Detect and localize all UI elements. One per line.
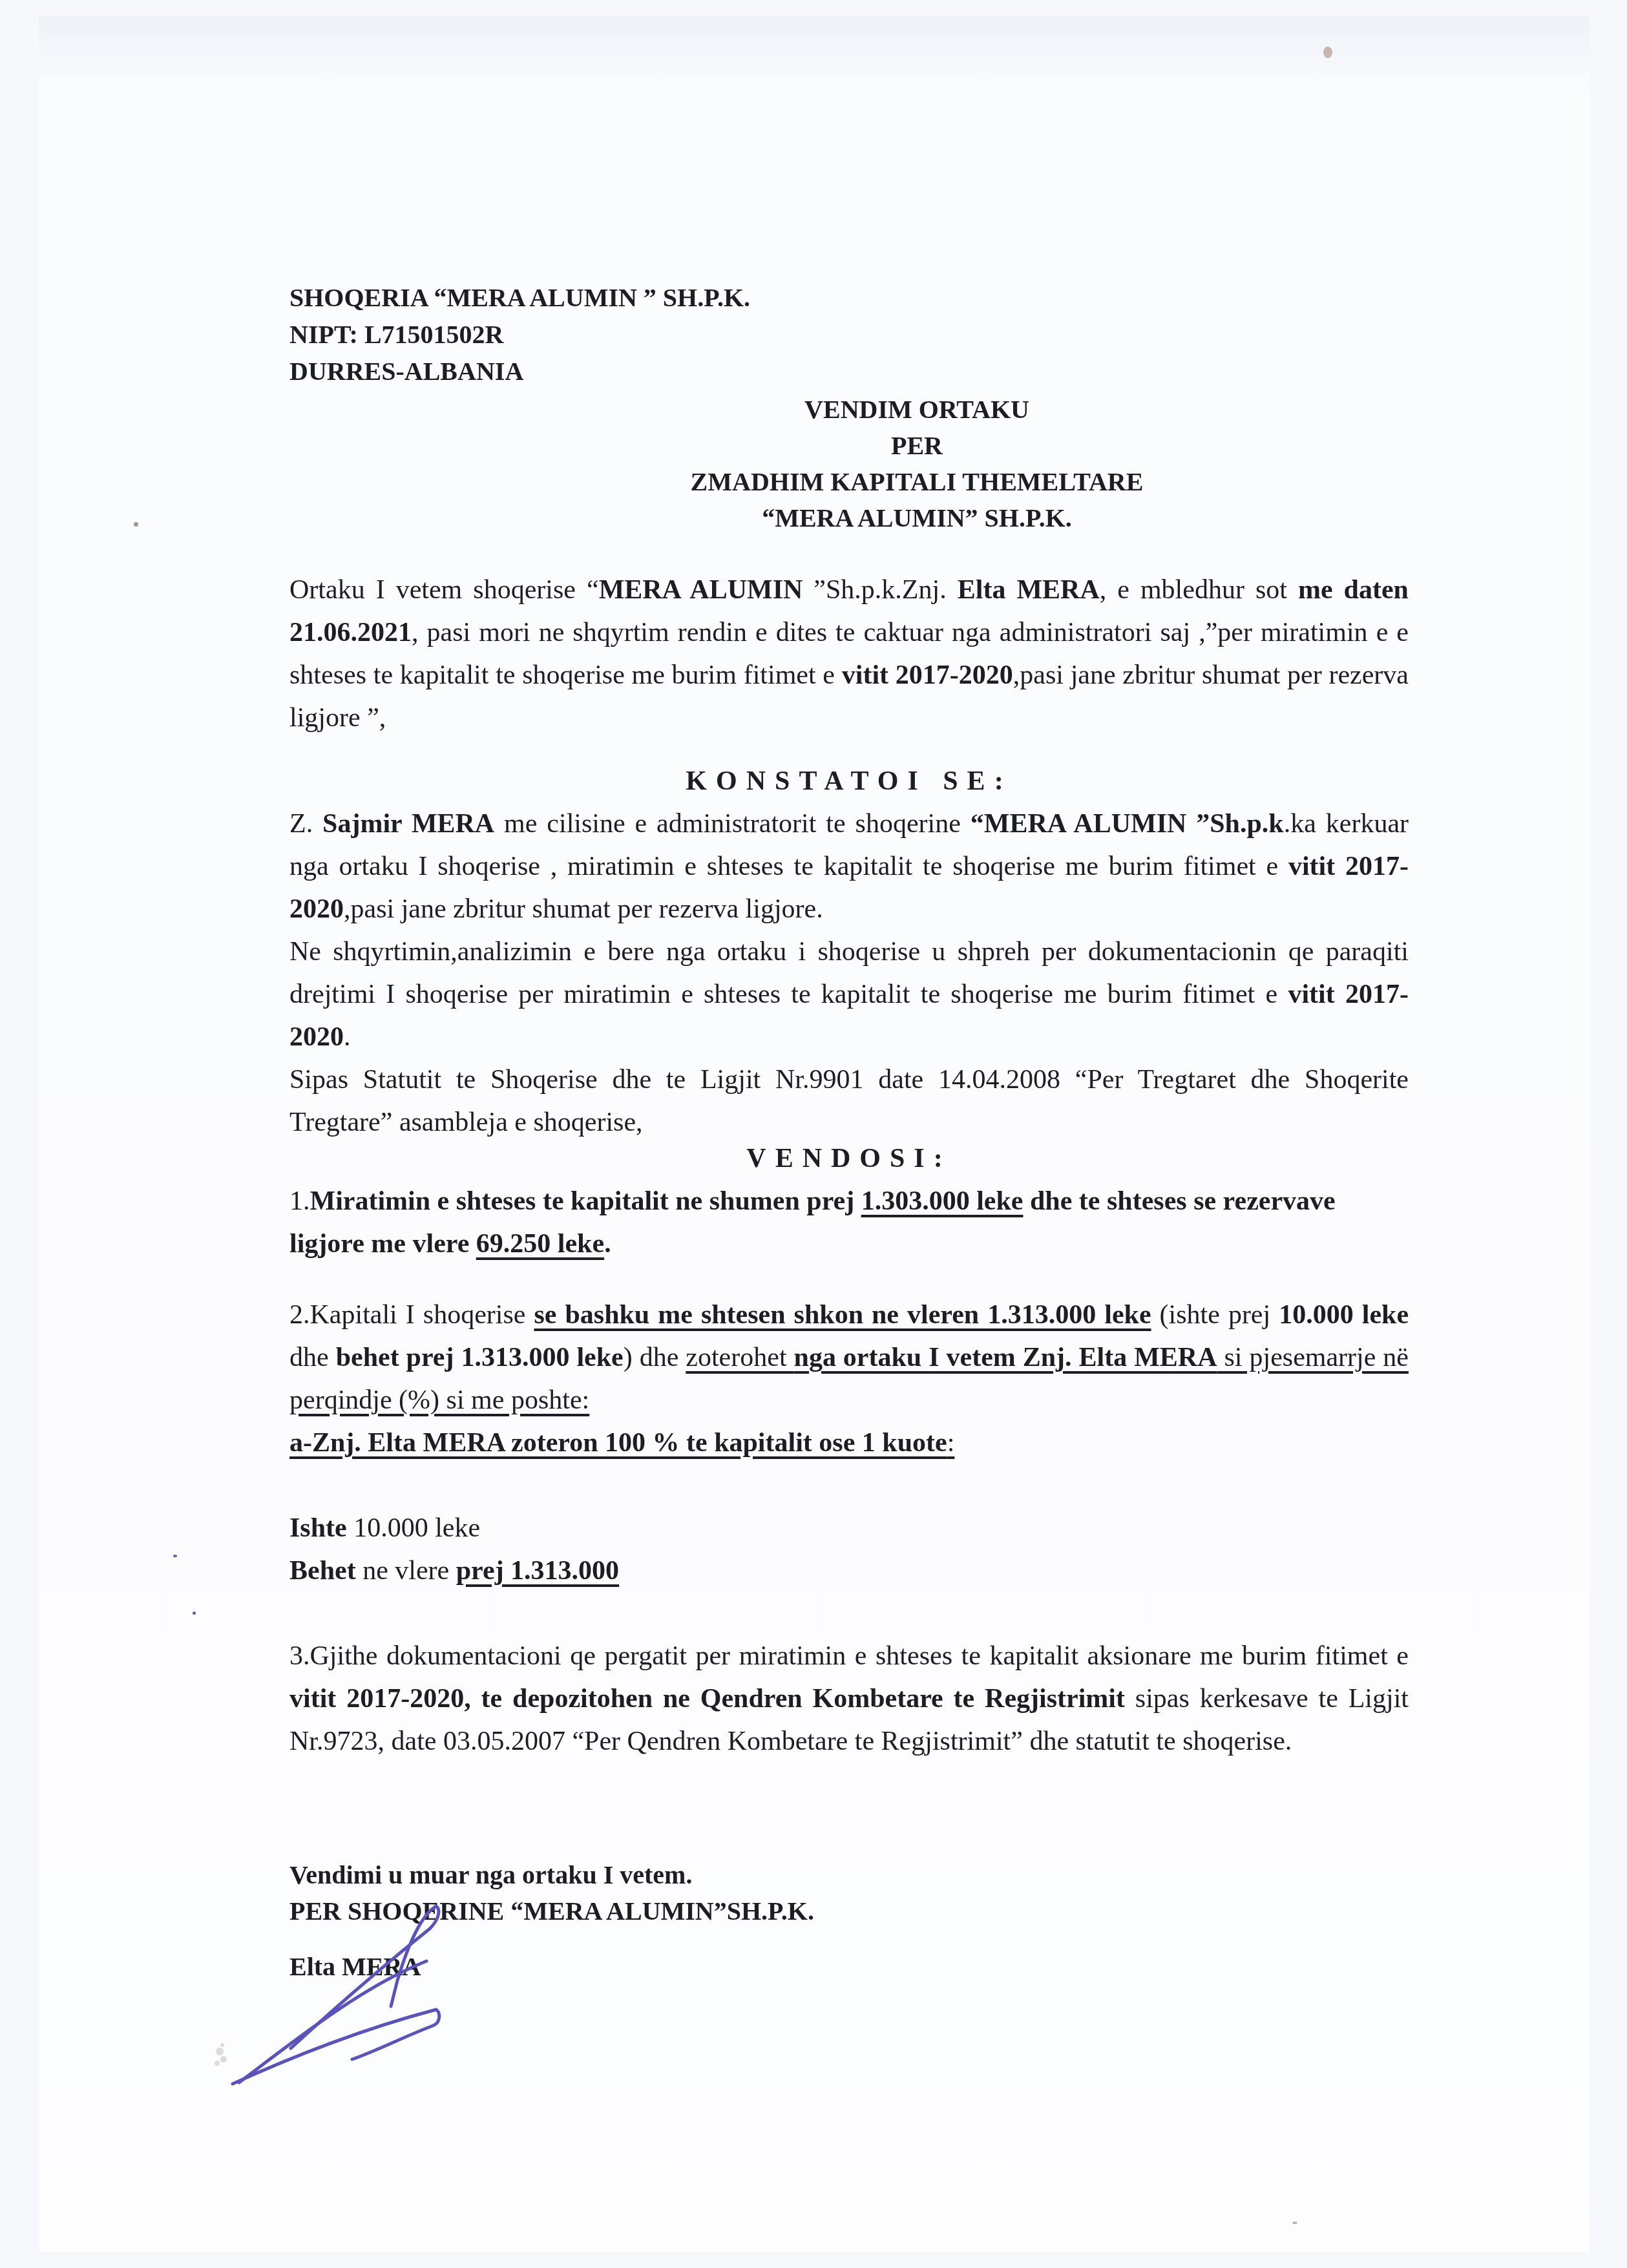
konstatoi-section: KONSTATOI SE: Z. Sajmir MERA me cilisine…: [289, 760, 1409, 1144]
text: .: [604, 1229, 611, 1259]
text: 3.Gjithe dokumentacioni qe pergatit per …: [289, 1641, 1409, 1671]
document-title: VENDIM ORTAKU PER ZMADHIM KAPITALI THEME…: [289, 392, 1409, 536]
title-line-1: VENDIM ORTAKU: [289, 392, 1409, 428]
text: 2.Kapitali I shoqerise: [289, 1300, 534, 1330]
legal-reserve-amount: 69.250 leke: [476, 1229, 604, 1259]
capital-increase-amount: 1.303.000 leke: [861, 1186, 1023, 1216]
text: vitit 2017-2020, te depozitohen ne Qendr…: [289, 1684, 1125, 1714]
previous-capital: 10.000 leke: [1279, 1300, 1409, 1330]
vendosi-heading: VENDOSI:: [289, 1137, 1409, 1180]
intro-text: Ortaku I vetem shoqerise “: [289, 575, 599, 605]
scan-speck: [134, 522, 138, 527]
decision-item-1: 1.Miratimin e shteses te kapitalit ne sh…: [289, 1180, 1409, 1265]
text: 1.: [289, 1186, 310, 1216]
text: Miratimin e shteses te kapitalit ne shum…: [310, 1186, 861, 1216]
text: ,pasi jane zbritur shumat per rezerva li…: [344, 894, 823, 924]
konstatoi-heading: KONSTATOI SE:: [289, 760, 1409, 803]
title-line-3: ZMADHIM KAPITALI THEMELTARE: [289, 464, 1409, 500]
scan-speck: [1323, 47, 1332, 58]
decision-item-3: 3.Gjithe dokumentacioni qe pergatit per …: [289, 1635, 1409, 1763]
new-capital: behet prej 1.313.000 leke: [336, 1343, 624, 1372]
text: ne vlere: [356, 1556, 456, 1586]
title-line-2: PER: [289, 428, 1409, 464]
scan-speck: [193, 1612, 196, 1615]
partner-name: Elta MERA: [958, 575, 1100, 605]
text: Z.: [289, 809, 322, 839]
scan-speck: [1292, 2221, 1297, 2224]
konstatoi-paragraph-1: Z. Sajmir MERA me cilisine e administrat…: [289, 803, 1409, 930]
text: (ishte prej: [1151, 1300, 1279, 1330]
text: dhe: [289, 1343, 336, 1372]
company-name: SHOQERIA “MERA ALUMIN ” SH.P.K.: [289, 279, 1409, 316]
capital-was-line: Ishte 10.000 leke: [289, 1507, 1409, 1549]
capital-was-value: 10.000 leke: [347, 1513, 480, 1543]
company-name-bold: “MERA ALUMIN ”Sh.p.k: [971, 809, 1284, 839]
administrator-name: Sajmir MERA: [322, 809, 494, 839]
text: zoterohet: [686, 1343, 793, 1372]
intro-paragraph: Ortaku I vetem shoqerise “MERA ALUMIN ”S…: [289, 569, 1409, 739]
capital-becomes-value: prej 1.313.000: [456, 1556, 619, 1586]
company-location: DURRES-ALBANIA: [289, 353, 1409, 390]
intro-text: ”Sh.p.k.Znj.: [813, 575, 957, 605]
text: :: [947, 1428, 955, 1458]
decision-item-2: 2.Kapitali I shoqerise se bashku me shte…: [289, 1294, 1409, 1422]
text: me cilisine e administratorit te shoqeri…: [494, 809, 971, 839]
konstatoi-paragraph-2: Ne shqyrtimin,analizimin e bere nga orta…: [289, 930, 1409, 1058]
konstatoi-paragraph-3: Sipas Statutit te Shoqerise dhe te Ligji…: [289, 1058, 1409, 1144]
signature-icon: [213, 1890, 523, 2097]
scan-speck: [173, 1555, 177, 1557]
total-capital: se bashku me shtesen shkon ne vleren 1.3…: [534, 1300, 1151, 1330]
vendosi-section: VENDOSI: 1.Miratimin e shteses te kapita…: [289, 1137, 1409, 1763]
years-range: vitit 2017-2020: [842, 660, 1013, 690]
text: .: [344, 1022, 351, 1052]
text: Ne shqyrtimin,analizimin e bere nga orta…: [289, 937, 1409, 1009]
ownership-share: a-Znj. Elta MERA zoteron 100 % te kapita…: [289, 1428, 947, 1458]
intro-text: , e mbledhur sot: [1100, 575, 1298, 605]
ownership-line: a-Znj. Elta MERA zoteron 100 % te kapita…: [289, 1422, 1409, 1464]
owner-name: nga ortaku I vetem Znj. Elta MERA: [794, 1343, 1217, 1372]
company-header: SHOQERIA “MERA ALUMIN ” SH.P.K. NIPT: L7…: [289, 279, 1409, 390]
capital-becomes-line: Behet ne vlere prej 1.313.000: [289, 1549, 1409, 1592]
label: Behet: [289, 1556, 356, 1586]
company-nipt: NIPT: L71501502R: [289, 316, 1409, 353]
title-line-4: “MERA ALUMIN” SH.P.K.: [289, 500, 1409, 536]
decision-statement: Vendimi u muar nga ortaku I vetem.: [289, 1857, 1409, 1893]
label: Ishte: [289, 1513, 347, 1543]
text: ) dhe: [624, 1343, 686, 1372]
company-name-bold: MERA ALUMIN: [599, 575, 814, 605]
